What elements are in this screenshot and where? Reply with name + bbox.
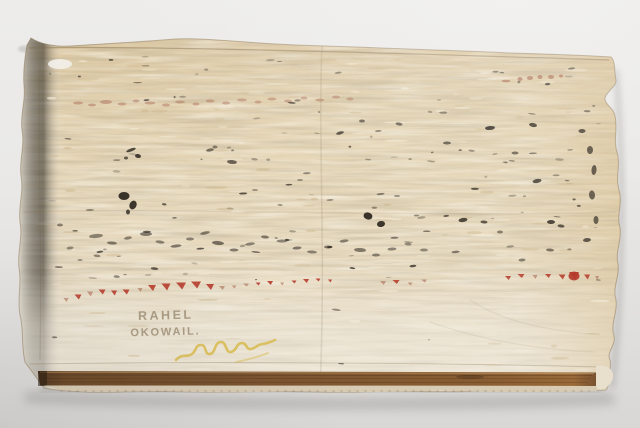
photograph: RAHEL OKOWAIL.: [0, 0, 640, 428]
artist-inscription-line2: OKOWAIL.: [130, 325, 200, 339]
corner-pale-patch: [48, 59, 72, 69]
barkcloth-artwork: RAHEL OKOWAIL.: [0, 0, 640, 428]
artwork-scene: RAHEL OKOWAIL.: [0, 0, 640, 428]
batten-left-end: [38, 371, 47, 386]
wooden-batten: [38, 371, 596, 386]
artist-inscription-line1: RAHEL: [138, 308, 194, 323]
